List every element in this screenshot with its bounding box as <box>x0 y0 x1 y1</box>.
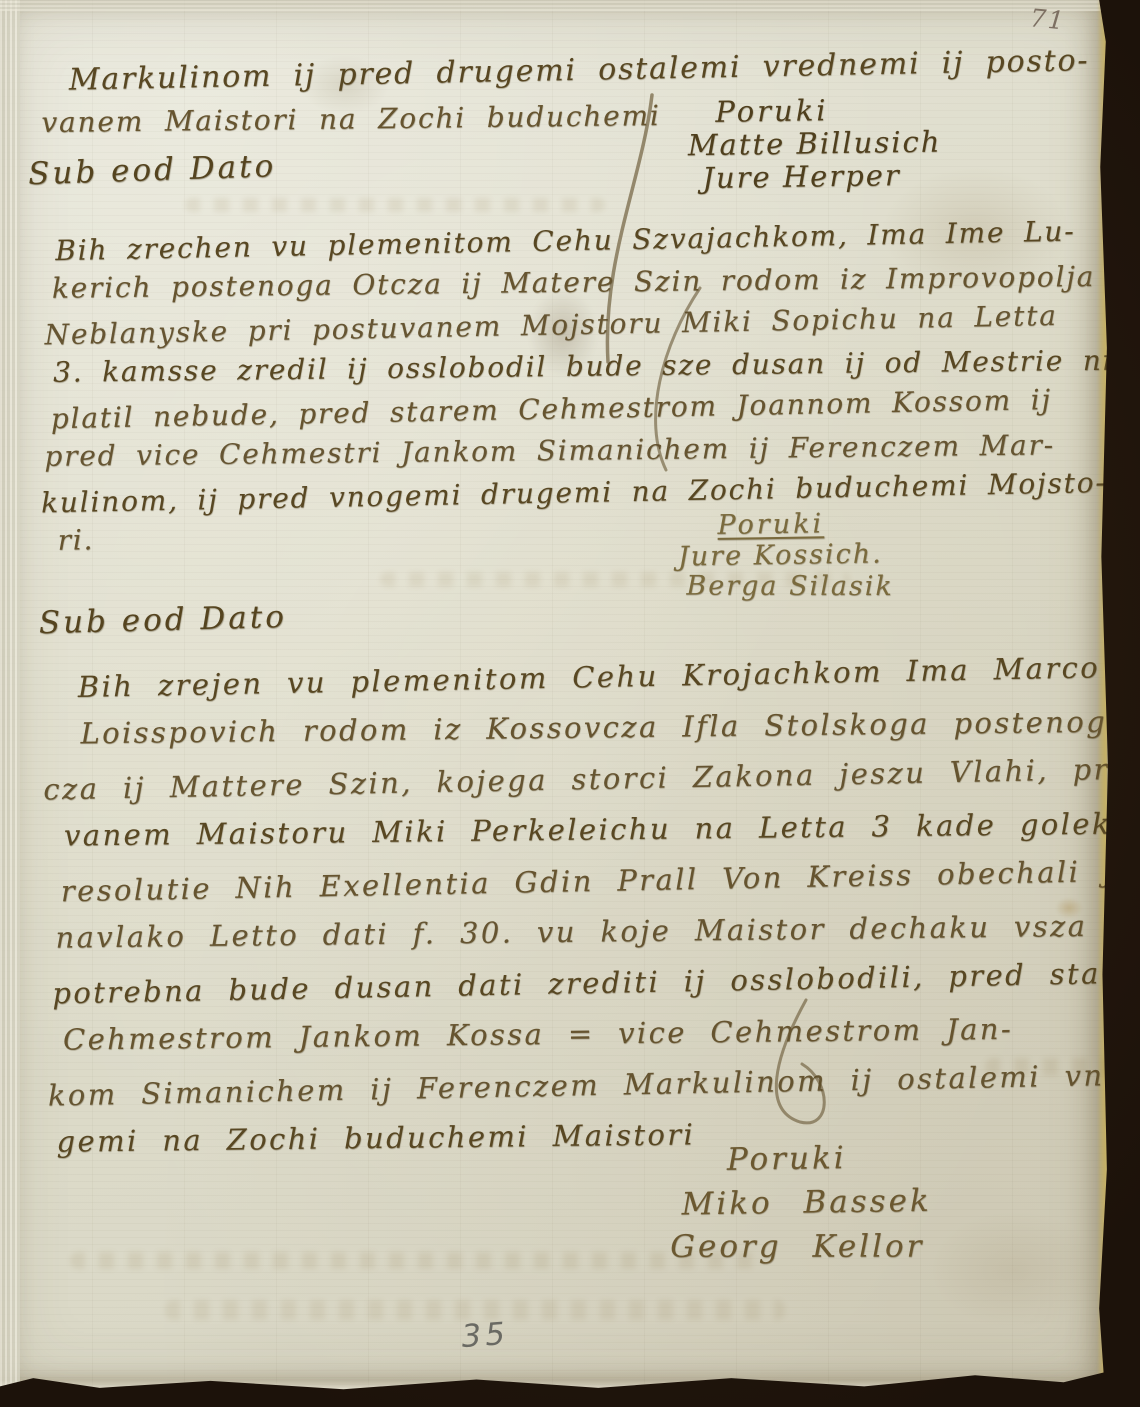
signature: Georg Kellor <box>670 1225 932 1269</box>
entry-heading: Sub eod Dato <box>28 148 277 192</box>
signature: Miko Bassek <box>681 1179 932 1227</box>
entry-heading: Sub eod Dato <box>38 599 287 641</box>
signature: Matte Billusich <box>688 126 942 163</box>
signature: Jure Herper <box>702 159 942 196</box>
signature: Berga Silasik <box>686 571 893 603</box>
witness-block: Poruki Jure Kossich. Berga Silasik <box>689 507 894 603</box>
witness-heading: Poruki <box>717 507 893 541</box>
witness-block: Poruki Miko Bassek Georg Kellor <box>669 1135 933 1271</box>
paragraph-entry1: Bih zrechen vu plemenitom Cehu Szvajachk… <box>37 211 1140 564</box>
signature: Jure Kossich. <box>678 538 894 572</box>
handwriting-layer: Markulinom ij pred drugemi ostalemi vred… <box>0 0 1118 1400</box>
folio-number: 71 <box>1029 3 1067 35</box>
witness-heading: Poruki <box>727 1135 932 1182</box>
witness-block: Poruki Matte Billusich Jure Herper <box>693 93 942 196</box>
paragraph-entry2: Bih zrejen vu plemenitom Cehu Krojachkom… <box>41 642 1140 1170</box>
manuscript-page: Markulinom ij pred drugemi ostalemi vred… <box>0 0 1108 1392</box>
witness-heading: Poruki <box>715 93 941 129</box>
scanned-book-photo: Markulinom ij pred drugemi ostalemi vred… <box>0 0 1140 1407</box>
pencil-page-number: 35 <box>460 1316 510 1355</box>
